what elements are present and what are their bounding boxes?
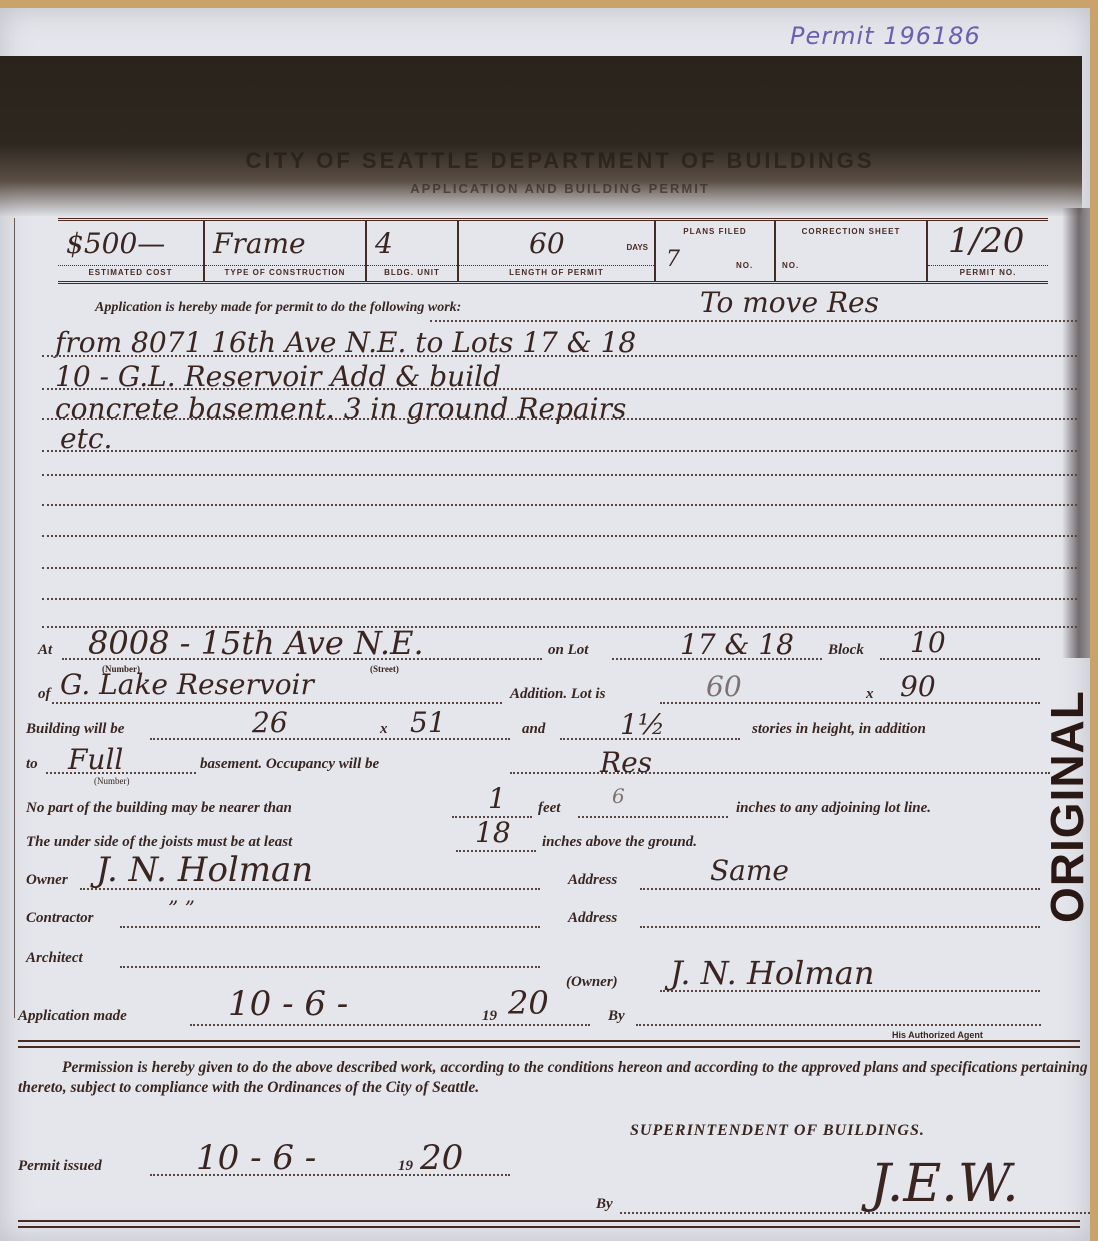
superintendent-signature: J.E.W.	[870, 1154, 1019, 1214]
joists-inches: 18	[475, 816, 511, 849]
application-intro: Application is hereby made for permit to…	[95, 300, 461, 316]
owner-label: Owner	[26, 872, 68, 889]
setback-feet: 1	[488, 782, 506, 815]
permit-no-label: PERMIT NO.	[928, 265, 1048, 277]
work-rule	[42, 418, 1077, 420]
permit-no-value: 1/20	[948, 221, 1024, 261]
estimated-cost-value: $500—	[66, 227, 165, 260]
stories-label: stories in height, in addition	[752, 721, 926, 738]
lot-width-value: 60	[706, 670, 742, 703]
permit-summary-table: $500— ESTIMATED COST Frame TYPE OF CONST…	[58, 218, 1048, 284]
work-rule	[42, 450, 1077, 452]
lot-depth-value: 90	[900, 670, 936, 703]
left-margin-rule	[14, 218, 15, 1018]
bldg-unit-cell: 4 BLDG. UNIT	[367, 221, 459, 281]
occupancy-value: Res	[600, 746, 652, 779]
joists-suffix: inches above the ground.	[542, 834, 697, 851]
correction-sheet-cell: CORRECTION SHEET NO.	[776, 221, 928, 281]
lot-value: 17 & 18	[680, 628, 794, 661]
building-label: Building will be	[26, 721, 124, 738]
of-label: of	[38, 686, 51, 703]
work-rule	[42, 355, 1077, 357]
correction-sheet-no-label: NO.	[782, 261, 799, 270]
handwritten-permit-number: Permit 196186	[790, 22, 981, 50]
setback-label: No part of the building may be nearer th…	[26, 800, 292, 817]
contractor-address-label: Address	[568, 910, 617, 927]
plans-filed-cell: PLANS FILED 7 NO.	[656, 221, 776, 281]
agent-caption: His Authorized Agent	[892, 1030, 983, 1040]
application-date-rule	[190, 1024, 590, 1026]
building-width: 26	[252, 706, 288, 739]
and-label: and	[522, 721, 545, 738]
lot-x-label: x	[866, 686, 874, 703]
permit-length-value: 60	[529, 227, 565, 260]
inches-rule	[578, 816, 728, 818]
occupancy-rule	[510, 772, 1050, 774]
correction-sheet-label: CORRECTION SHEET	[776, 227, 926, 236]
joists-rule	[456, 850, 536, 852]
plans-filed-no-label: NO.	[736, 261, 753, 270]
section-divider	[18, 1040, 1080, 1048]
owner-address-value: Same	[710, 854, 789, 887]
work-rule	[42, 567, 1077, 569]
issued-by-label: By	[596, 1196, 613, 1213]
work-line-4: concrete basement. 3 in ground Repairs	[55, 392, 626, 425]
construction-type-label: TYPE OF CONSTRUCTION	[205, 265, 365, 277]
by-label: By	[608, 1008, 625, 1025]
addition-value: G. Lake Reservoir	[60, 668, 314, 701]
street-caption: (Street)	[370, 664, 399, 674]
block-label: Block	[828, 642, 864, 659]
owner-caption: (Owner)	[566, 974, 618, 991]
page-edge-shadow	[1062, 208, 1090, 658]
architect-rule	[120, 966, 540, 968]
block-value: 10	[910, 626, 946, 659]
application-year: 20	[508, 984, 549, 1022]
work-rule	[42, 388, 1077, 390]
setback-inches: 6	[612, 784, 625, 808]
work-rule	[42, 504, 1077, 506]
stories-value: 1½	[620, 708, 665, 741]
contractor-label: Contractor	[26, 910, 94, 927]
owner-address-rule	[640, 888, 1040, 890]
lot-label: on Lot	[548, 642, 588, 659]
estimated-cost-label: ESTIMATED COST	[58, 265, 203, 277]
document-subtitle: APPLICATION AND BUILDING PERMIT	[330, 181, 790, 196]
contractor-rule	[120, 926, 540, 928]
addition-rule	[52, 702, 502, 704]
bldg-unit-value: 4	[375, 227, 393, 260]
permission-text: Permission is hereby given to do the abo…	[18, 1058, 1088, 1098]
issued-year-prefix: 19	[398, 1158, 413, 1175]
contractor-address-rule	[640, 926, 1040, 928]
superintendent-label: SUPERINTENDENT OF BUILDINGS.	[630, 1122, 925, 1140]
permit-no-cell: 1/20 PERMIT NO.	[928, 221, 1048, 281]
address-value: 8008 - 15th Ave N.E.	[88, 624, 424, 662]
permit-issued-label: Permit issued	[18, 1158, 102, 1175]
joists-label: The under side of the joists must be at …	[26, 834, 292, 851]
estimated-cost-cell: $500— ESTIMATED COST	[58, 221, 205, 281]
dimensions-rule	[150, 738, 510, 740]
owner-signature: J. N. Holman	[670, 954, 874, 992]
contractor-value: ” ”	[168, 896, 195, 920]
work-rule	[42, 474, 1077, 476]
feet-label: feet	[538, 800, 560, 817]
bldg-unit-label: BLDG. UNIT	[367, 265, 457, 277]
permit-issued-year: 20	[420, 1138, 463, 1178]
basement-number-caption: (Number)	[94, 776, 130, 786]
permit-issued-date: 10 - 6 -	[196, 1138, 316, 1178]
construction-type-value: Frame	[213, 227, 306, 260]
bottom-divider	[18, 1220, 1080, 1228]
basement-value: Full	[68, 743, 123, 776]
at-label: At	[38, 642, 52, 659]
permit-length-cell: 60 DAYS LENGTH OF PERMIT	[459, 221, 656, 281]
plans-filed-label: PLANS FILED	[656, 227, 774, 236]
block-rule	[880, 658, 1040, 660]
owner-value: J. N. Holman	[96, 850, 313, 890]
issued-by-rule	[620, 1212, 1090, 1214]
permit-document: Permit 196186 CITY OF SEATTLE DEPARTMENT…	[0, 8, 1090, 1241]
work-rule	[430, 320, 1077, 322]
application-date: 10 - 6 -	[228, 984, 348, 1024]
permit-length-label: LENGTH OF PERMIT	[459, 265, 654, 277]
building-x-label: x	[380, 721, 388, 738]
work-rule	[42, 535, 1077, 537]
architect-label: Architect	[26, 950, 83, 967]
inches-label: inches to any adjoining lot line.	[736, 800, 931, 817]
basement-label: basement. Occupancy will be	[200, 756, 379, 773]
building-length: 51	[410, 706, 446, 739]
days-label: DAYS	[627, 243, 649, 252]
by-rule	[636, 1024, 1041, 1026]
to-label: to	[26, 756, 38, 773]
work-rule	[42, 598, 1077, 600]
original-stamp: ORIGINAL	[1040, 690, 1094, 923]
application-year-prefix: 19	[482, 1008, 497, 1025]
owner-address-label: Address	[568, 872, 617, 889]
plans-filed-value: 7	[666, 247, 680, 272]
application-made-label: Application made	[18, 1008, 127, 1025]
document-title: CITY OF SEATTLE DEPARTMENT OF BUILDINGS	[230, 148, 890, 174]
header-band: CITY OF SEATTLE DEPARTMENT OF BUILDINGS …	[0, 56, 1082, 216]
addition-label: Addition. Lot is	[510, 686, 605, 703]
construction-type-cell: Frame TYPE OF CONSTRUCTION	[205, 221, 367, 281]
work-line-1: To move Res	[700, 286, 879, 319]
